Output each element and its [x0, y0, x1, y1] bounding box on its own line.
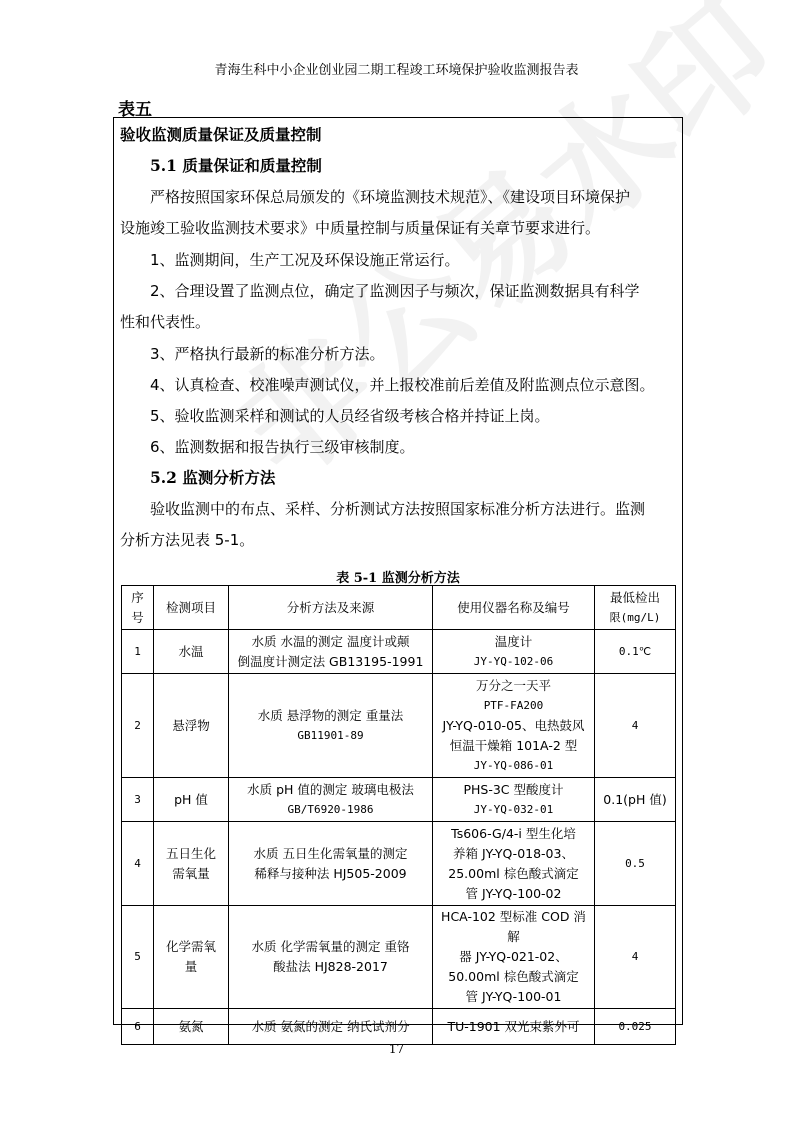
table-caption: 表 5-1 监测分析方法: [114, 567, 682, 586]
subsection-5-1-title: 5.1 质量保证和质量控制: [150, 156, 322, 176]
qa-item-3: 3、严格执行最新的标准分析方法。: [150, 344, 385, 364]
subsection-5-2-title: 5.2 监测分析方法: [150, 468, 275, 488]
page-number: 17: [0, 1042, 793, 1056]
methods-line-2: 分析方法见表 5-1。: [120, 530, 254, 550]
methods-table: 序号 检测项目 分析方法及来源 使用仪器名称及编号 最低检出限(mg/L) 1 …: [121, 585, 676, 1045]
qa-item-5: 5、验收监测采样和测试的人员经省级考核合格并持证上岗。: [150, 406, 550, 426]
section-title: 验收监测质量保证及质量控制: [120, 125, 322, 145]
header-method: 分析方法及来源: [229, 586, 433, 630]
qa-item-2: 2、合理设置了监测点位，确定了监测因子与频次，保证监测数据具有科学: [150, 281, 640, 301]
table-row: 6 氨氮 水质 氨氮的测定 纳氏试剂分 TU-1901 双光束紫外可 0.025: [122, 1009, 676, 1045]
intro-line-1: 严格按照国家环保总局颁发的《环境监测技术规范》、《建设项目环境保护: [150, 187, 630, 207]
table-row: 3 pH 值 水质 pH 值的测定 玻璃电极法GB/T6920-1986 PHS…: [122, 778, 676, 822]
qa-item-6: 6、监测数据和报告执行三级审核制度。: [150, 437, 415, 457]
qa-item-2-cont: 性和代表性。: [120, 312, 210, 332]
report-box: 验收监测质量保证及质量控制 5.1 质量保证和质量控制 严格按照国家环保总局颁发…: [113, 117, 683, 1025]
box-bottom-border: [113, 1024, 683, 1025]
table-header-row: 序号 检测项目 分析方法及来源 使用仪器名称及编号 最低检出限(mg/L): [122, 586, 676, 630]
table-row: 4 五日生化需氧量 水质 五日生化需氧量的测定稀释与接种法 HJ505-2009…: [122, 822, 676, 906]
intro-line-2: 设施竣工验收监测技术要求》中质量控制与质量保证有关章节要求进行。: [120, 218, 600, 238]
table-row: 2 悬浮物 水质 悬浮物的测定 重量法GB11901-89 万分之一天平PTF-…: [122, 674, 676, 778]
header-no: 序号: [122, 586, 154, 630]
table-row: 1 水温 水质 水温的测定 温度计或颠倒温度计测定法 GB13195-1991 …: [122, 630, 676, 674]
header-limit: 最低检出限(mg/L): [595, 586, 676, 630]
header-instrument: 使用仪器名称及编号: [433, 586, 595, 630]
methods-line-1: 验收监测中的布点、采样、分析测试方法按照国家标准分析方法进行。监测: [150, 499, 645, 519]
page-header: 青海生科中小企业创业园二期工程竣工环境保护验收监测报告表: [0, 59, 793, 78]
qa-item-4: 4、认真检查、校准噪声测试仪，并上报校准前后差值及附监测点位示意图。: [150, 375, 655, 395]
qa-item-1: 1、监测期间，生产工况及环保设施正常运行。: [150, 250, 460, 270]
table-row: 5 化学需氧量 水质 化学需氧量的测定 重铬酸盐法 HJ828-2017 HCA…: [122, 906, 676, 1009]
header-item: 检测项目: [154, 586, 229, 630]
